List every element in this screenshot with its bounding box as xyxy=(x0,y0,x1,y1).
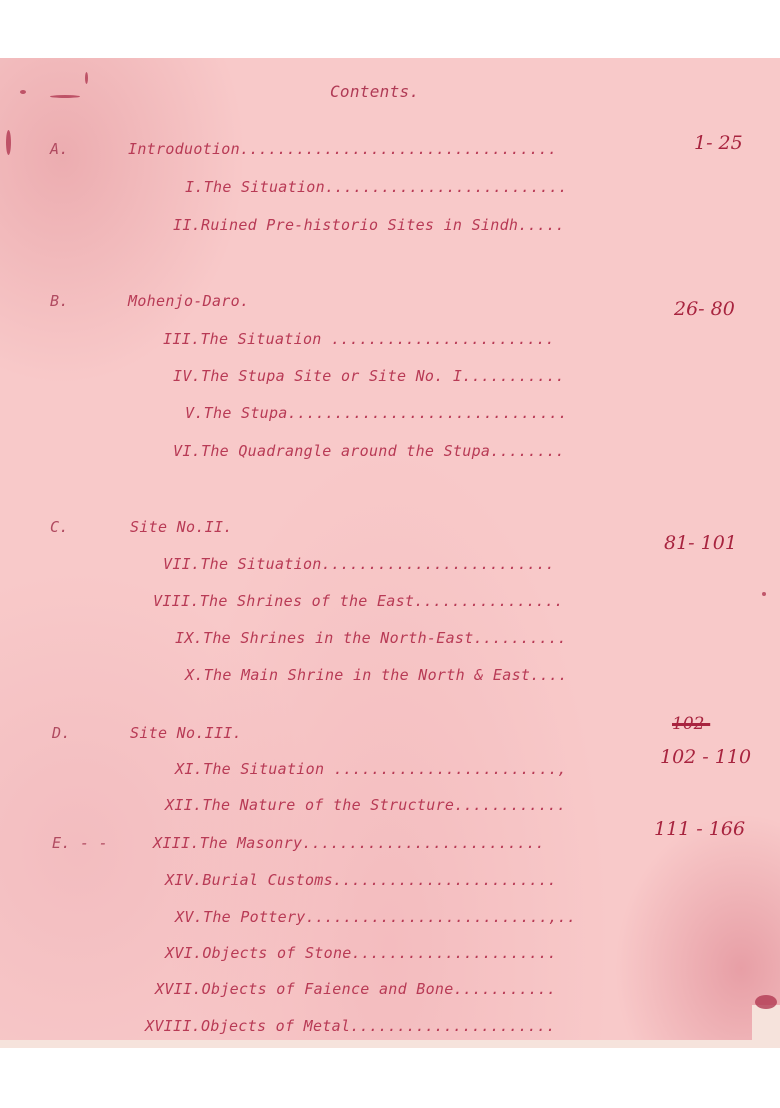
toc-entry: XVIII.Objects of Metal..................… xyxy=(145,1017,556,1035)
page-edge xyxy=(0,1040,780,1048)
page-range: 81- 101 xyxy=(664,532,737,554)
section-letter: A. xyxy=(50,140,69,158)
toc-entry: XII.The Nature of the Structure.........… xyxy=(165,796,566,814)
toc-entry: III.The Situation ......................… xyxy=(163,330,555,348)
ink-stain xyxy=(762,592,766,596)
section-letter: B. xyxy=(50,292,69,310)
section-letter: C. xyxy=(50,518,69,536)
section-letter: E. - - xyxy=(52,834,108,852)
toc-entry: I.The Situation.........................… xyxy=(185,178,568,196)
section-heading: Site No.III. xyxy=(130,724,242,742)
ink-stain xyxy=(20,90,26,94)
toc-entry: XVI.Objects of Stone....................… xyxy=(165,944,557,962)
toc-entry: XV.The Pottery..........................… xyxy=(175,908,576,926)
page-range-struck: 102- xyxy=(672,714,710,734)
page-range: 102 - 110 xyxy=(660,746,751,768)
toc-entry: VIII.The Shrines of the East............… xyxy=(153,592,564,610)
toc-entry: V.The Stupa.............................… xyxy=(185,404,568,422)
toc-entry: IV.The Stupa Site or Site No. I.........… xyxy=(173,367,565,385)
toc-entry: XI.The Situation .......................… xyxy=(175,760,567,778)
page-range: 1- 25 xyxy=(694,132,743,154)
ink-stain xyxy=(50,95,80,98)
page-range: 26- 80 xyxy=(674,298,735,320)
toc-entry: VII.The Situation.......................… xyxy=(163,555,555,573)
section-heading: Introduotion............................… xyxy=(128,140,557,158)
section-letter: D. xyxy=(52,724,71,742)
ink-stain xyxy=(755,995,777,1009)
ink-stain xyxy=(85,72,88,84)
document-page xyxy=(0,58,780,1048)
toc-entry: II.Ruined Pre-historio Sites in Sindh...… xyxy=(173,216,565,234)
section-heading: Mohenjo-Daro. xyxy=(128,292,249,310)
toc-entry: IX.The Shrines in the North-East........… xyxy=(175,629,567,647)
page-corner-tear xyxy=(752,1005,780,1048)
toc-entry: XIII.The Masonry........................… xyxy=(153,834,545,852)
page-range: 111 - 166 xyxy=(654,818,745,840)
ink-stain xyxy=(6,130,11,155)
section-heading: Site No.II. xyxy=(130,518,233,536)
page-title: Contents. xyxy=(330,82,419,101)
toc-entry: XIV.Burial Customs......................… xyxy=(165,871,557,889)
toc-entry: VI.The Quadrangle around the Stupa......… xyxy=(173,442,565,460)
toc-entry: XVII.Objects of Faience and Bone........… xyxy=(155,980,556,998)
toc-entry: X.The Main Shrine in the North & East...… xyxy=(185,666,568,684)
